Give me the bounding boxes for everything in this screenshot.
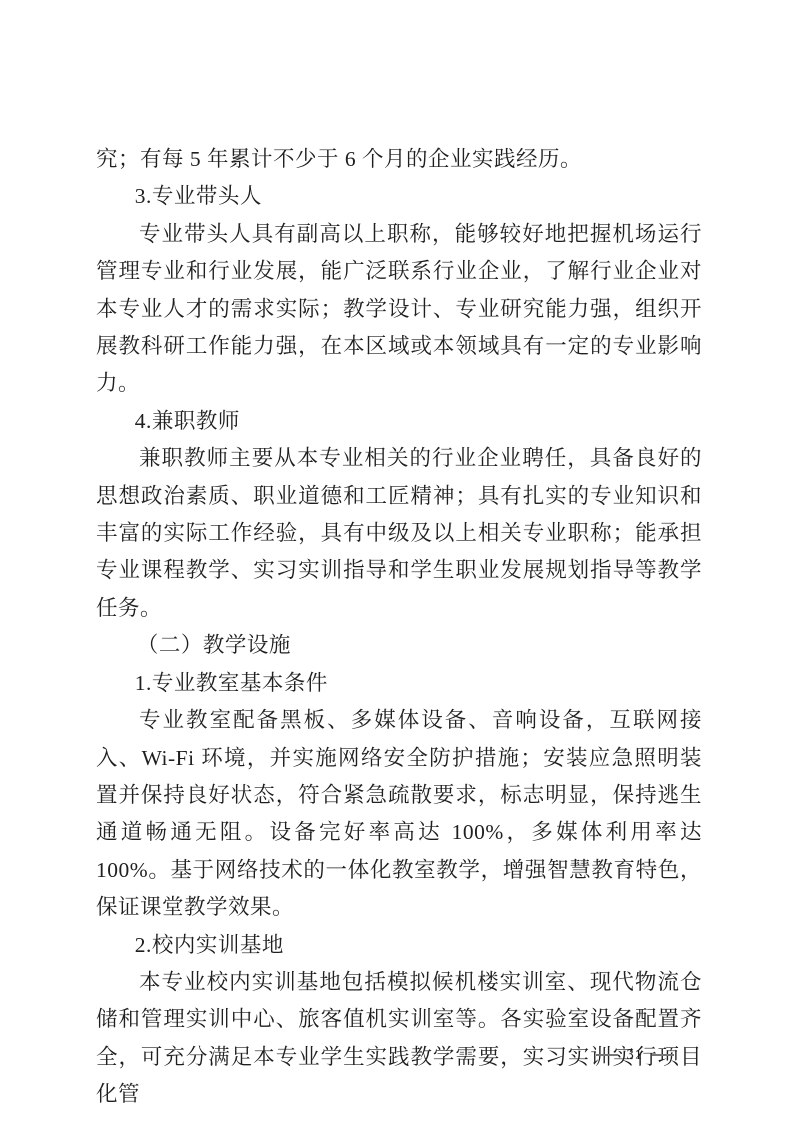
heading-1-classroom-conditions: 1.专业教室基本条件 [96,665,702,702]
paragraph-professional-leader: 专业带头人具有副高以上职称，能够较好地把握机场运行管理专业和行业发展，能广泛联系… [96,216,702,403]
document-body: 究；有每 5 年累计不少于 6 个月的企业实践经历。 3.专业带头人 专业带头人… [96,141,702,1114]
paragraph-part-time-teachers: 兼职教师主要从本专业相关的行业企业聘任，具备良好的思想政治素质、职业道德和工匠精… [96,440,702,627]
page-number: 31 [627,1047,644,1064]
footer-right-dash: — [652,1054,674,1056]
heading-2-campus-training-base: 2.校内实训基地 [96,927,702,964]
paragraph-campus-training-base: 本专业校内实训基地包括模拟候机楼实训室、现代物流仓储和管理实训中心、旅客值机实训… [96,964,702,1114]
page-footer: — 31 — [596,1043,675,1067]
section-heading-teaching-facilities: （二）教学设施 [96,627,702,664]
footer-left-dash: — [596,1054,618,1056]
heading-3-professional-leader: 3.专业带头人 [96,178,702,215]
heading-4-part-time-teachers: 4.兼职教师 [96,403,702,440]
paragraph-classroom-conditions: 专业教室配备黑板、多媒体设备、音响设备，互联网接入、Wi-Fi 环境，并实施网络… [96,702,702,926]
continuation-paragraph: 究；有每 5 年累计不少于 6 个月的企业实践经历。 [96,141,702,178]
document-page: 究；有每 5 年累计不少于 6 个月的企业实践经历。 3.专业带头人 专业带头人… [0,0,793,1122]
